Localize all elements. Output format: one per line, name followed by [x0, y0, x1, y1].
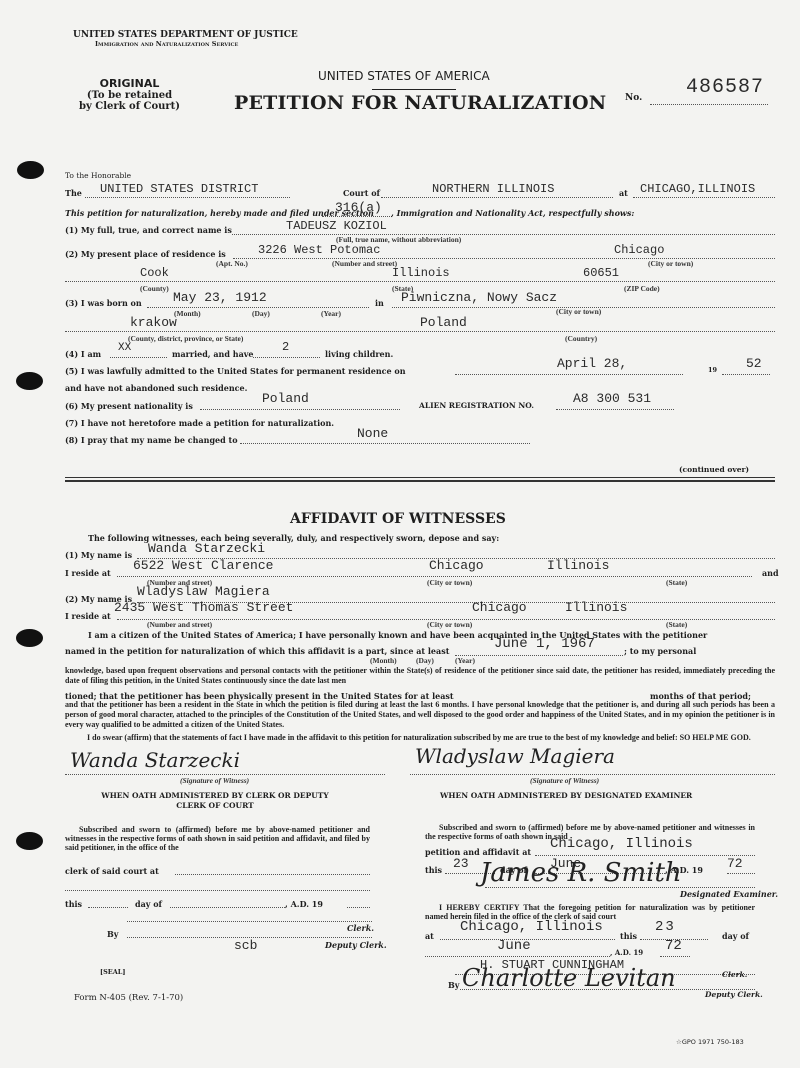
binder-hole	[16, 629, 43, 647]
citizen-statement: I am a citizen of the United States of A…	[88, 630, 707, 640]
known-day-caption: (Day)	[416, 656, 434, 665]
alien-registration-label: ALIEN REGISTRATION NO.	[419, 401, 534, 410]
known-month-caption: (Month)	[370, 656, 397, 665]
clerk-label: Clerk.	[347, 923, 374, 933]
form-number: Form N-405 (Rev. 7-1-70)	[74, 993, 183, 1003]
w1-name-field: Wanda Starzecki	[148, 541, 265, 556]
binder-hole	[17, 161, 44, 179]
q7-label: (7) I have not heretofore made a petitio…	[65, 418, 334, 428]
binder-hole	[16, 832, 43, 850]
clerk-this-label: this	[65, 899, 82, 909]
binder-hole	[16, 372, 43, 390]
known-since-field: June 1, 1967	[494, 636, 595, 652]
q5-continuation: and have not abandoned such residence.	[65, 383, 247, 393]
to-honorable: To the Honorable	[65, 171, 131, 180]
w1-street-field: 6522 West Clarence	[133, 558, 273, 573]
seal-label: [SEAL]	[100, 968, 125, 976]
w2-state-caption: (State)	[666, 620, 687, 629]
examiner-this-label: this	[425, 865, 442, 875]
city-caption: (City or town)	[648, 259, 693, 268]
affidavit-title: AFFIDAVIT OF WITNESSES	[290, 511, 506, 527]
witness1-signature-caption: (Signature of Witness)	[180, 776, 249, 785]
clerk-at-label: clerk of said court at	[65, 866, 159, 876]
zip-field: 60651	[583, 266, 619, 280]
examiner-heading: WHEN OATH ADMINISTERED BY DESIGNATED EXA…	[440, 791, 692, 800]
birth-city-caption: (City or town)	[556, 307, 601, 316]
country-heading: UNITED STATES OF AMERICA	[318, 69, 490, 83]
q4-label-c: living children.	[325, 349, 393, 359]
district-field: NORTHERN ILLINOIS	[432, 182, 554, 196]
affidavit-body: knowledge, based upon frequent observati…	[65, 666, 775, 686]
page-title: PETITION FOR NATURALIZATION	[234, 92, 606, 114]
gpo-imprint: ☆GPO 1971 750-183	[676, 1038, 744, 1046]
cert-day-field: 23	[655, 919, 676, 935]
retained-line1: (To be retained	[72, 90, 187, 101]
petition-number: 486587	[686, 76, 764, 99]
cert-location-field: Chicago, Illinois	[460, 919, 603, 935]
clerk-by-label: By	[107, 929, 118, 939]
witness1-signature: Wanda Starzecki	[70, 748, 240, 772]
q4-label-b: married, and have	[172, 349, 254, 359]
known-year-caption: (Year)	[455, 656, 475, 665]
clerk-heading: WHEN OATH ADMINISTERED BY CLERK OR DEPUT…	[90, 791, 340, 811]
original-label: ORIGINAL (To be retained by Clerk of Cou…	[72, 77, 187, 112]
q3-label: (3) I was born on	[65, 298, 142, 308]
q4-label-a: (4) I am	[65, 349, 101, 359]
year-prefix: 19	[708, 366, 717, 374]
cert-month-field: June	[497, 938, 531, 954]
birth-country-field: Poland	[420, 315, 467, 330]
court-of-label: Court of	[343, 188, 380, 198]
witness2-signature: Wladyslaw Magiera	[415, 744, 615, 768]
swear-statement: I do swear (affirm) that the statements …	[65, 733, 775, 743]
continued-over: (continued over)	[679, 465, 749, 474]
q8-label: (8) I pray that my name be changed to	[65, 435, 238, 445]
w2-city-caption: (City or town)	[427, 620, 472, 629]
w1-city-field: Chicago	[429, 558, 484, 573]
birth-city-field: Piwniczna, Nowy Sacz	[401, 290, 557, 305]
w1-city-caption: (City or town)	[427, 578, 472, 587]
cert-deputy-clerk-label: Deputy Clerk.	[705, 990, 763, 999]
department-name: UNITED STATES DEPARTMENT OF JUSTICE	[73, 30, 298, 40]
q6-label: (6) My present nationality is	[65, 401, 193, 411]
deputy-initials: scb	[234, 938, 257, 953]
original-heading: ORIGINAL	[72, 77, 187, 90]
cert-at-label: at	[425, 931, 434, 941]
clerk-ad-label: , A.D. 19	[285, 899, 323, 909]
the-label: The	[65, 188, 82, 198]
retained-line2: by Clerk of Court)	[72, 101, 187, 112]
at-label: at	[619, 188, 628, 198]
section-outro: , Immigration and Nationality Act, respe…	[391, 208, 634, 218]
state-field: Illinois	[392, 266, 450, 280]
deputy-clerk-signature: Charlotte Levitan	[462, 964, 676, 992]
county-caption: (County)	[140, 284, 169, 293]
birth-province-field: krakow	[130, 315, 177, 330]
full-name-field: TADEUSZ KOZIOL	[286, 219, 387, 233]
cert-clerk-label: Clerk.	[722, 970, 747, 979]
in-label: in	[375, 298, 384, 308]
cert-day-of-label: day of	[722, 931, 749, 941]
admission-year-field: 52	[746, 356, 762, 371]
nationality-field: Poland	[262, 391, 309, 406]
w1-state-field: Illinois	[547, 558, 609, 573]
w2-street-caption: (Number and street)	[147, 620, 212, 629]
zip-caption: (ZIP Code)	[624, 284, 660, 293]
day-caption: (Day)	[252, 309, 270, 318]
service-name: Immigration and Naturalization Service	[95, 40, 238, 48]
clerk-deputy-label: Deputy Clerk.	[325, 940, 387, 950]
alien-registration-field: A8 300 531	[573, 391, 651, 406]
designated-examiner-label: Designated Examiner.	[680, 889, 778, 899]
name-change-field: None	[357, 426, 388, 441]
section-divider	[65, 480, 775, 482]
section-field: 316(a)	[335, 200, 382, 215]
county-field: Cook	[140, 266, 169, 280]
q1-label: (1) My full, true, and correct name is	[65, 225, 232, 235]
w2-name-field: Wladyslaw Magiera	[137, 584, 270, 599]
w1-state-caption: (State)	[666, 578, 687, 587]
admission-date-field: April 28,	[557, 356, 627, 371]
birth-date-field: May 23, 1912	[173, 290, 267, 305]
q2-label: (2) My present place of residence is	[65, 249, 226, 259]
residence-city-field: Chicago	[614, 243, 664, 257]
witness2-signature-caption: (Signature of Witness)	[530, 776, 599, 785]
examiner-signature: James R. Smith	[480, 858, 682, 888]
w2-street-field: 2435 West Thomas Street	[114, 600, 293, 615]
marital-status-field: XX	[118, 342, 131, 354]
q5-label: (5) I was lawfully admitted to the Unite…	[65, 366, 406, 376]
court-location-field: CHICAGO,ILLINOIS	[640, 182, 755, 196]
apt-caption: (Apt. No.)	[216, 259, 248, 268]
street-caption: (Number and street)	[332, 259, 397, 268]
section-divider	[65, 477, 775, 478]
and-label: and	[762, 568, 779, 578]
children-field: 2	[282, 340, 289, 354]
clerk-day-of-label: day of	[135, 899, 162, 909]
personal-text: ; to my personal	[624, 646, 696, 656]
examiner-day-field: 23	[453, 856, 469, 871]
examiner-year-field: 72	[727, 856, 743, 871]
cert-this-label: this	[620, 931, 637, 941]
w2-city-field: Chicago	[472, 600, 527, 615]
month-caption: (Month)	[174, 309, 201, 318]
w1-name-label: (1) My name is	[65, 550, 132, 560]
affidavit-body-2: and that the petitioner has been a resid…	[65, 700, 775, 730]
country-underline	[372, 89, 456, 90]
clerk-heading-line2: CLERK OF COURT	[90, 801, 340, 811]
cert-ad-label: , A.D. 19	[610, 948, 643, 957]
year-caption: (Year)	[321, 309, 341, 318]
country-caption: (Country)	[565, 334, 597, 343]
province-caption: (County, district, province, or State)	[128, 334, 243, 343]
w2-state-field: Illinois	[565, 600, 627, 615]
examiner-at-label: petition and affidavit at	[425, 847, 531, 857]
clerk-subscribed-text: Subscribed and sworn to (affirmed) befor…	[65, 825, 370, 852]
w2-reside-label: I reside at	[65, 611, 111, 621]
cert-year-field: 72	[665, 938, 682, 954]
examiner-location-field: Chicago, Illinois	[550, 836, 693, 852]
clerk-heading-line1: WHEN OATH ADMINISTERED BY CLERK OR DEPUT…	[90, 791, 340, 801]
named-statement: named in the petition for naturalization…	[65, 646, 449, 656]
number-label: No.	[625, 93, 642, 103]
w1-reside-label: I reside at	[65, 568, 111, 578]
residence-street-field: 3226 West Potomac	[258, 243, 380, 257]
court-name-field: UNITED STATES DISTRICT	[100, 182, 258, 196]
cert-by-label: By	[448, 980, 459, 990]
